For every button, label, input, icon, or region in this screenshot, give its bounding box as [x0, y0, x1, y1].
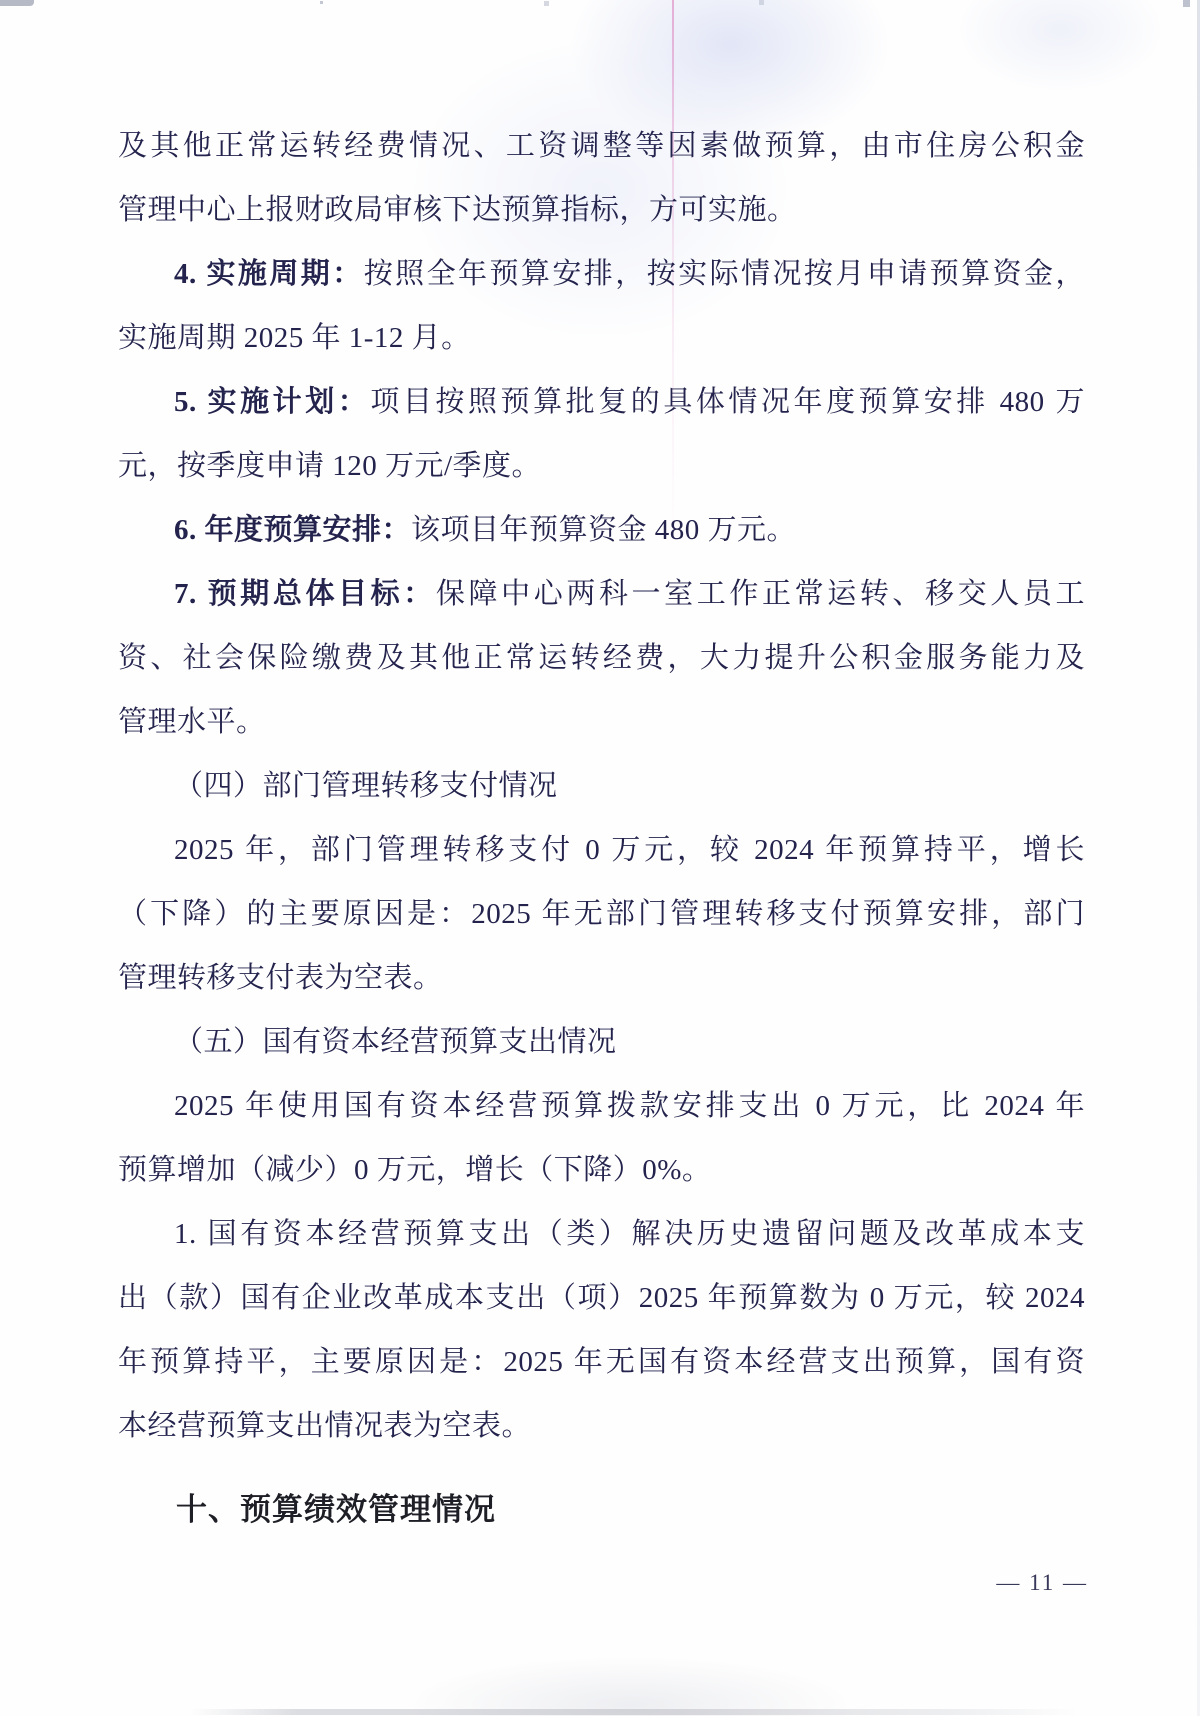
text-line section-subheading: （五）国有资本经营预算支出情况	[118, 1010, 1085, 1074]
scanned-document-page: 及其他正常运转经费情况、工资调整等因素做预算，由市住房公积金 管理中心上报财政局…	[0, 0, 1200, 1716]
line-text: 及其他正常运转经费情况、工资调整等因素做预算，由市住房公积金	[118, 130, 1085, 162]
line-lead: 7. 预期总体目标：	[174, 578, 436, 610]
text-line: 7. 预期总体目标：保障中心两科一室工作正常运转、移交人员工	[118, 562, 1085, 626]
text-line: 2025 年，部门管理转移支付 0 万元，较 2024 年预算持平，增长	[118, 818, 1085, 882]
line-text: 2025 年，部门管理转移支付 0 万元，较 2024 年预算持平，增长	[174, 834, 1085, 866]
line-text: （下降）的主要原因是：2025 年无部门管理转移支付预算安排，部门	[118, 898, 1085, 930]
text-line: 出（款）国有企业改革成本支出（项）2025 年预算数为 0 万元，较 2024	[118, 1266, 1085, 1330]
document-body: 及其他正常运转经费情况、工资调整等因素做预算，由市住房公积金 管理中心上报财政局…	[118, 114, 1085, 1542]
line-text: 本经营预算支出情况表为空表。	[118, 1410, 531, 1442]
text-line: 管理转移支付表为空表。	[118, 946, 1085, 1010]
text-line: 元，按季度申请 120 万元/季度。	[118, 434, 1085, 498]
text-line: 1. 国有资本经营预算支出（类）解决历史遗留问题及改革成本支	[118, 1202, 1085, 1266]
line-text: 实施周期 2025 年 1-12 月。	[118, 322, 471, 354]
line-lead: 4. 实施周期：	[174, 258, 364, 290]
line-lead: 6. 年度预算安排：	[174, 514, 411, 546]
line-text: （五）国有资本经营预算支出情况	[174, 1026, 617, 1058]
text-line: 4. 实施周期：按照全年预算安排，按实际情况按月申请预算资金，	[118, 242, 1085, 306]
line-text: 预算增加（减少）0 万元，增长（下降）0%。	[118, 1154, 711, 1186]
line-text: 1. 国有资本经营预算支出（类）解决历史遗留问题及改革成本支	[174, 1218, 1085, 1250]
scan-artifact-top-left	[0, 0, 34, 6]
scan-artifact-specks	[320, 1, 323, 4]
text-line: 年预算持平，主要原因是：2025 年无国有资本经营支出预算，国有资	[118, 1330, 1085, 1394]
line-text: （四）部门管理转移支付情况	[174, 770, 558, 802]
text-line: 及其他正常运转经费情况、工资调整等因素做预算，由市住房公积金	[118, 114, 1085, 178]
scan-artifact-bottom-band	[190, 1709, 1080, 1715]
line-text: 管理转移支付表为空表。	[118, 962, 443, 994]
text-line: 2025 年使用国有资本经营预算拨款安排支出 0 万元，比 2024 年	[118, 1074, 1085, 1138]
text-line: 5. 实施计划：项目按照预算批复的具体情况年度预算安排 480 万	[118, 370, 1085, 434]
text-line: 资、社会保险缴费及其他正常运转经费，大力提升公积金服务能力及	[118, 626, 1085, 690]
line-text: 年预算持平，主要原因是：2025 年无国有资本经营支出预算，国有资	[118, 1346, 1085, 1378]
line-text: 元，按季度申请 120 万元/季度。	[118, 450, 541, 482]
line-text: 按照全年预算安排，按实际情况按月申请预算资金，	[364, 258, 1085, 290]
text-line: 预算增加（减少）0 万元，增长（下降）0%。	[118, 1138, 1085, 1202]
line-text: 项目按照预算批复的具体情况年度预算安排 480 万	[370, 386, 1085, 418]
section-heading-performance: 十、预算绩效管理情况	[118, 1478, 1085, 1542]
page-number: — 11 —	[996, 1570, 1088, 1596]
line-text: 出（款）国有企业改革成本支出（项）2025 年预算数为 0 万元，较 2024	[118, 1282, 1085, 1314]
text-line: 管理中心上报财政局审核下达预算指标，方可实施。	[118, 178, 1085, 242]
text-line: 6. 年度预算安排：该项目年预算资金 480 万元。	[118, 498, 1085, 562]
line-text: 管理水平。	[118, 706, 266, 738]
line-text: 资、社会保险缴费及其他正常运转经费，大力提升公积金服务能力及	[118, 642, 1085, 674]
text-line: 本经营预算支出情况表为空表。	[118, 1394, 1085, 1458]
line-text: 保障中心两科一室工作正常运转、移交人员工	[436, 578, 1085, 610]
line-lead: 5. 实施计划：	[174, 386, 370, 418]
text-line: 管理水平。	[118, 690, 1085, 754]
text-line section-subheading: （四）部门管理转移支付情况	[118, 754, 1085, 818]
text-line: 实施周期 2025 年 1-12 月。	[118, 306, 1085, 370]
line-text: 管理中心上报财政局审核下达预算指标，方可实施。	[118, 194, 797, 226]
line-text: 2025 年使用国有资本经营预算拨款安排支出 0 万元，比 2024 年	[174, 1090, 1085, 1122]
line-text: 该项目年预算资金 480 万元。	[411, 514, 796, 546]
text-line: （下降）的主要原因是：2025 年无部门管理转移支付预算安排，部门	[118, 882, 1085, 946]
